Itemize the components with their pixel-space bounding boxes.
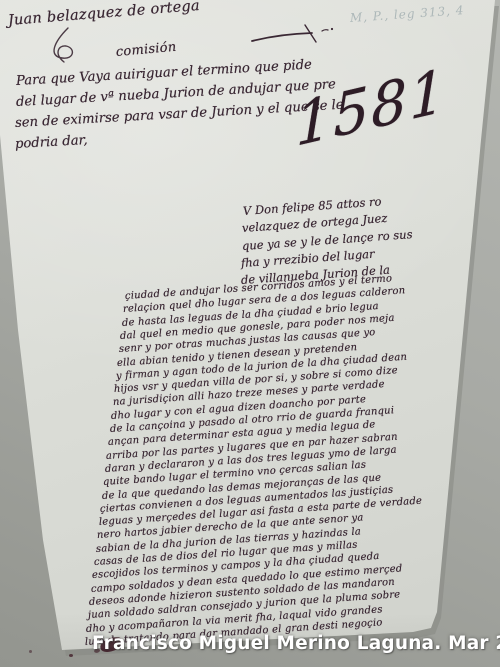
flourish-swash-icon: [40, 26, 100, 66]
photo-caption: Francisco Miguel Merino Laguna. Mar 2015: [92, 633, 500, 654]
photo-of-manuscript: Juan belazquez de ortega comisión M, P.,…: [0, 0, 500, 667]
ink-dot: [29, 650, 32, 653]
notarial-cross-mark-icon: [250, 22, 336, 48]
ink-dot: [69, 654, 73, 657]
manuscript-paper: Juan belazquez de ortega comisión M, P.,…: [0, 0, 500, 667]
